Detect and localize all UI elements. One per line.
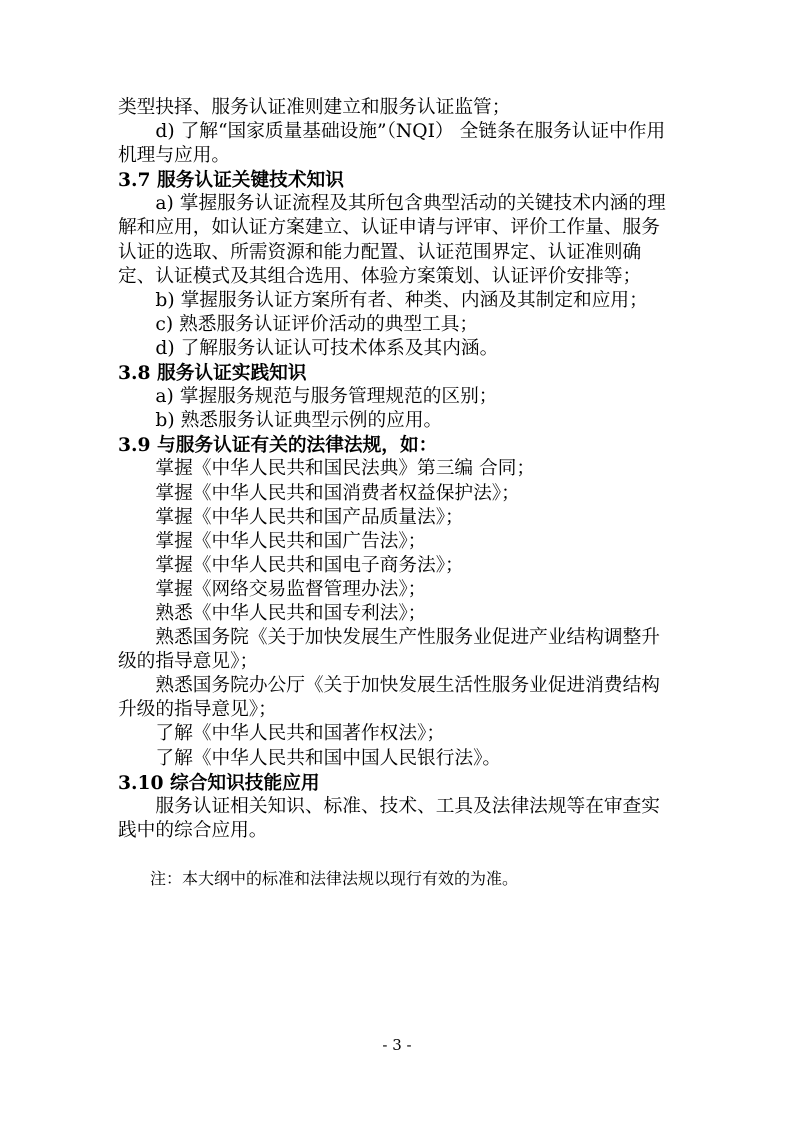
paragraph: c) 熟悉服务认证评价活动的典型工具； [118, 313, 678, 337]
paragraph: 掌握《中华人民共和国消费者权益保护法》； [118, 482, 678, 506]
paragraph: 掌握《中华人民共和国民法典》第三编 合同； [118, 457, 678, 481]
document-body: 类型抉择、服务认证准则建立和服务认证监管；d) 了解“国家质量基础设施”（NQI… [118, 96, 678, 889]
paragraph: d) 了解服务认证认可技术体系及其内涵。 [118, 337, 678, 361]
note-line: 注：本大纲中的标准和法律法规以现行有效的为准。 [118, 869, 678, 889]
paragraph: 了解《中华人民共和国著作权法》； [118, 722, 678, 746]
paragraph: 掌握《中华人民共和国广告法》； [118, 530, 678, 554]
paragraph: a) 掌握服务规范与服务管理规范的区别； [118, 385, 678, 409]
paragraph: a) 掌握服务认证流程及其所包含典型活动的关键技术内涵的理解和应用，如认证方案建… [118, 192, 678, 288]
paragraph: 了解《中华人民共和国中国人民银行法》。 [118, 747, 678, 771]
page-number: - 3 - [0, 1036, 794, 1054]
section-heading: 3.9 与服务认证有关的法律法规，如： [118, 433, 678, 457]
section-heading: 3.10 综合知识技能应用 [118, 771, 678, 795]
section-heading: 3.8 服务认证实践知识 [118, 361, 678, 385]
paragraph: 熟悉《中华人民共和国专利法》； [118, 602, 678, 626]
paragraph: 掌握《网络交易监督管理办法》； [118, 578, 678, 602]
paragraph: 掌握《中华人民共和国产品质量法》； [118, 506, 678, 530]
paragraph: b) 掌握服务认证方案所有者、种类、内涵及其制定和应用； [118, 289, 678, 313]
paragraph: 熟悉国务院《关于加快发展生产性服务业促进产业结构调整升级的指导意见》； [118, 626, 678, 674]
a4-page: 类型抉择、服务认证准则建立和服务认证监管；d) 了解“国家质量基础设施”（NQI… [0, 0, 794, 1123]
paragraph: d) 了解“国家质量基础设施”（NQI） 全链条在服务认证中作用机理与应用。 [118, 120, 678, 168]
paragraph: b) 熟悉服务认证典型示例的应用。 [118, 409, 678, 433]
section-heading: 3.7 服务认证关键技术知识 [118, 168, 678, 192]
paragraph: 类型抉择、服务认证准则建立和服务认证监管； [118, 96, 678, 120]
paragraph: 掌握《中华人民共和国电子商务法》； [118, 554, 678, 578]
paragraph: 服务认证相关知识、标准、技术、工具及法律法规等在审查实践中的综合应用。 [118, 795, 678, 843]
paragraph: 熟悉国务院办公厅《关于加快发展生活性服务业促进消费结构升级的指导意见》； [118, 674, 678, 722]
